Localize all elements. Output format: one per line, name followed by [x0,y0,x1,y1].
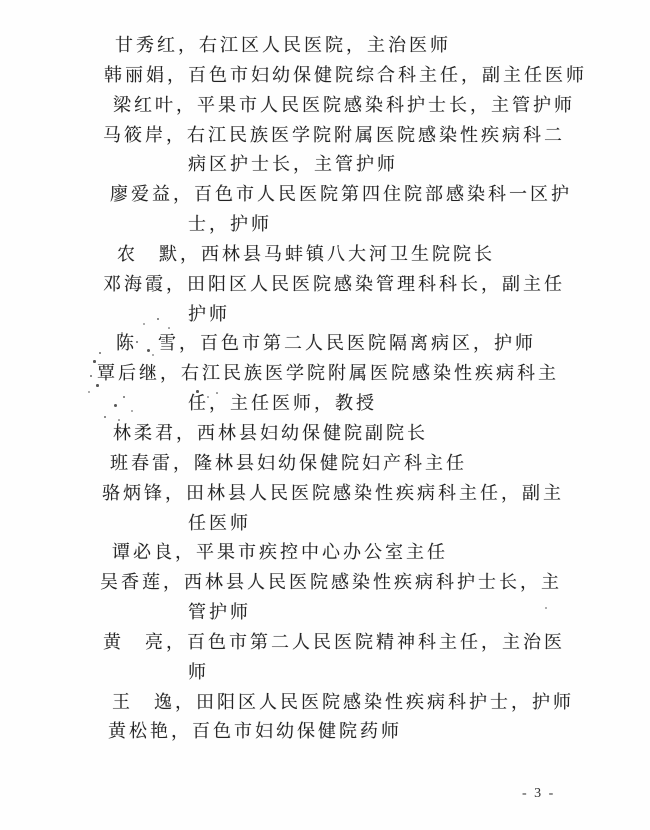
roster-entry-line: 马筱岸，右江民族医学院附属医院感染性疾病科二 [103,121,594,151]
roster-entry-line: 王 逸，田阳区人民医院感染性疾病科护士，护师 [112,688,594,718]
roster-entry: 甘秀红，右江区人民医院，主治医师 [104,31,594,61]
roster-entry-continuation-line: 任，主任医师，教授 [188,389,594,419]
roster-entry: 梁红叶，平果市人民医院感染科护士长，主管护师 [104,91,594,121]
roster-entry: 邓海霞，田阳区人民医院感染管理科科长，副主任护师 [104,270,594,330]
roster-entry-continuation-line: 士，护师 [188,210,594,240]
roster-entry-line: 韩丽娟，百色市妇幼保健院综合科主任，副主任医师 [104,61,594,91]
roster-entry-line: 谭必良，平果市疾控中心办公室主任 [112,538,594,568]
page-number: - 3 - [522,786,555,802]
roster-entry-continuation-line: 病区护士长，主管护师 [188,150,594,180]
roster-entry-line: 黄松艳，百色市妇幼保健院药师 [108,717,594,747]
roster-entry-line: 邓海霞，田阳区人民医院感染管理科科长，副主任 [103,270,594,300]
roster-entry-continuation-line: 师 [188,658,594,688]
roster-entry: 马筱岸，右江民族医学院附属医院感染性疾病科二病区护士长，主管护师 [104,121,594,181]
roster-entry: 覃后继，右江民族医学院附属医院感染性疾病科主任，主任医师，教授 [104,359,594,419]
roster-entry: 廖爱益，百色市人民医院第四住院部感染科一区护士，护师 [104,180,594,240]
roster-entry-line: 梁红叶，平果市人民医院感染科护士长，主管护师 [113,91,594,121]
roster-entry: 谭必良，平果市疾控中心办公室主任 [104,538,594,568]
roster-entry-continuation-line: 护师 [188,300,594,330]
roster-entry: 黄松艳，百色市妇幼保健院药师 [104,717,594,747]
roster-entry: 黄 亮，百色市第二人民医院精神科主任，主治医师 [104,628,594,688]
roster-entry: 骆炳锋，田林县人民医院感染性疾病科主任，副主任医师 [104,479,594,539]
roster-entry-line: 班春雷，隆林县妇幼保健院妇产科主任 [110,449,594,479]
roster-entry-line: 林柔君，西林县妇幼保健院副院长 [113,419,594,449]
roster-entry-line: 农 默，西林县马蚌镇八大河卫生院院长 [117,240,594,270]
roster-entry: 林柔君，西林县妇幼保健院副院长 [104,419,594,449]
scanned-document-page: 甘秀红，右江区人民医院，主治医师韩丽娟，百色市妇幼保健院综合科主任，副主任医师梁… [0,0,650,830]
roster-entry-line: 覃后继，右江民族医学院附属医院感染性疾病科主 [97,359,594,389]
roster-entry-line: 骆炳锋，田林县人民医院感染性疾病科主任，副主 [102,479,594,509]
roster-entry: 吴香莲，西林县人民医院感染性疾病科护士长，主管护师 [104,568,594,628]
personnel-roster: 甘秀红，右江区人民医院，主治医师韩丽娟，百色市妇幼保健院综合科主任，副主任医师梁… [104,31,594,747]
roster-entry-line: 廖爱益，百色市人民医院第四住院部感染科一区护 [110,180,594,210]
roster-entry: 班春雷，隆林县妇幼保健院妇产科主任 [104,449,594,479]
roster-entry-line: 吴香莲，西林县人民医院感染性疾病科护士长，主 [100,568,594,598]
roster-entry: 韩丽娟，百色市妇幼保健院综合科主任，副主任医师 [104,61,594,91]
roster-entry-line: 陈 雪，百色市第二人民医院隔离病区，护师 [116,329,594,359]
roster-entry-line: 黄 亮，百色市第二人民医院精神科主任，主治医 [103,628,594,658]
roster-entry-continuation-line: 任医师 [188,509,594,539]
roster-entry-continuation-line: 管护师 [188,598,594,628]
roster-entry: 陈 雪，百色市第二人民医院隔离病区，护师 [104,329,594,359]
roster-entry: 农 默，西林县马蚌镇八大河卫生院院长 [104,240,594,270]
roster-entry: 王 逸，田阳区人民医院感染性疾病科护士，护师 [104,688,594,718]
roster-entry-line: 甘秀红，右江区人民医院，主治医师 [115,31,594,61]
